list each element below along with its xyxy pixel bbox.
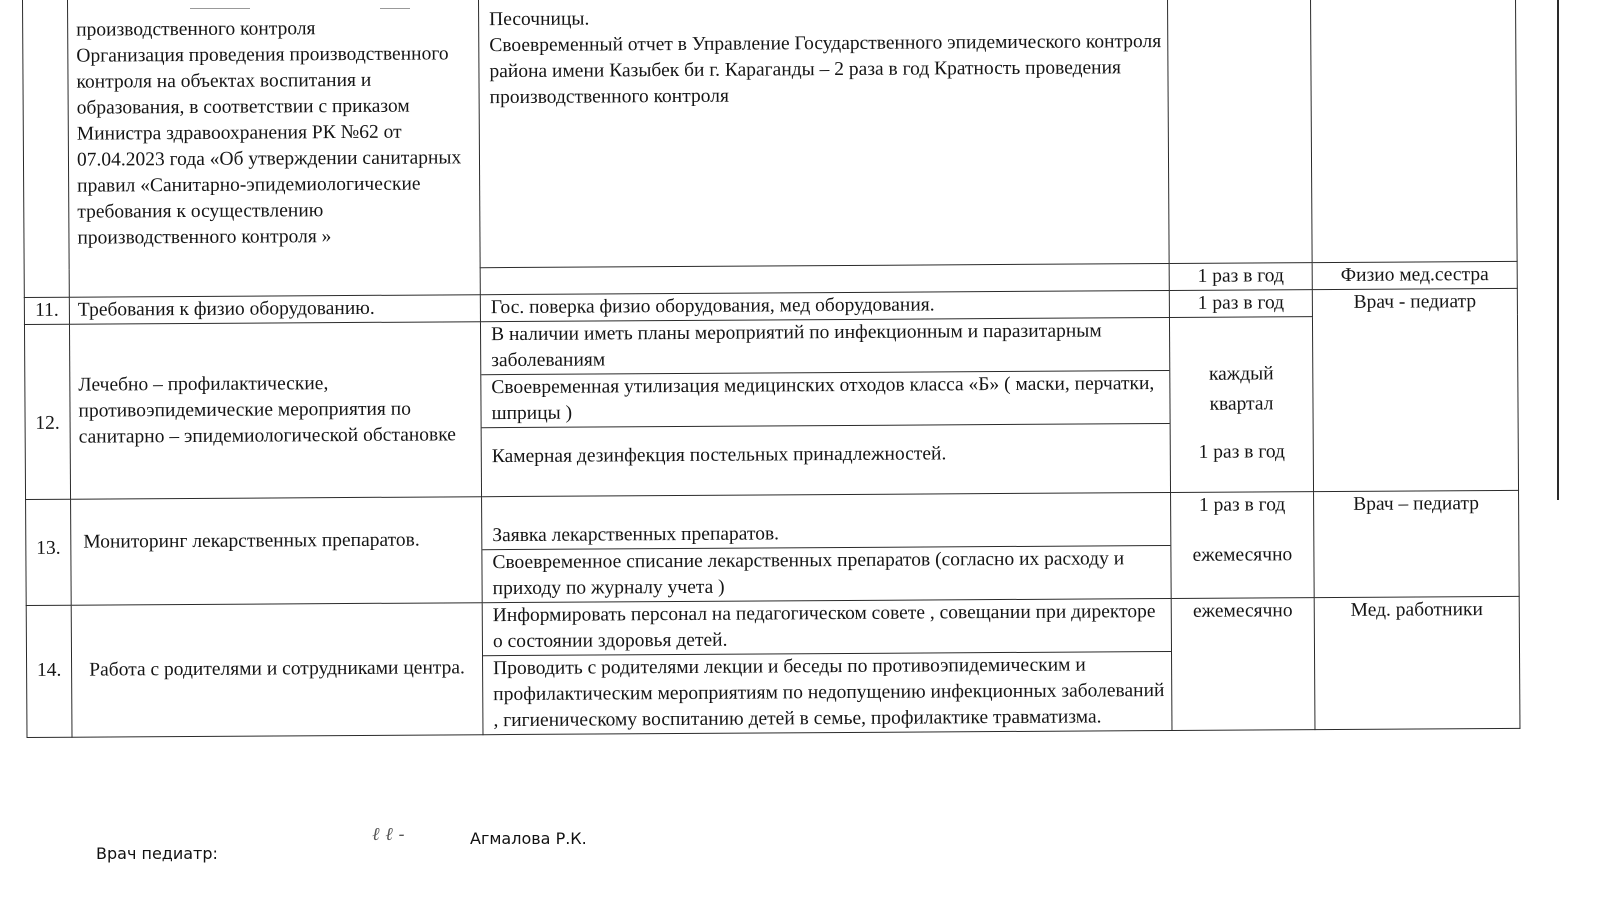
row-activities: Заявка лекарственных препаратов. Своевре… <box>482 492 1172 602</box>
frequency-line: ежемесячно <box>1177 542 1307 569</box>
row-number: 11. <box>24 297 69 324</box>
row-title: Лечебно – профилактические, противоэпиде… <box>69 321 481 499</box>
plan-table: производственного контроля Организация п… <box>22 0 1520 737</box>
activity-item: Информировать персонал на педагогическом… <box>483 598 1171 654</box>
row-number: 14. <box>26 605 72 737</box>
row-title: Работа с родителями и сотрудниками центр… <box>71 602 483 737</box>
activity-item: Своевременная утилизация медицинских отх… <box>481 369 1169 426</box>
frequency-line: каждый <box>1176 359 1306 390</box>
table-row: 13. Мониторинг лекарственных препаратов.… <box>26 490 1520 605</box>
row-number <box>22 0 69 297</box>
row-activities <box>480 263 1169 294</box>
row-frequency: ежемесячно <box>1171 597 1315 730</box>
row-frequency <box>1167 0 1312 263</box>
frequency-line: квартал <box>1176 389 1306 420</box>
row-responsible: Врач - педиатр <box>1312 288 1518 491</box>
row-number: 12. <box>24 324 70 499</box>
row-activities: В наличии иметь планы мероприятий по инф… <box>480 317 1170 496</box>
activity-item: Проводить с родителями лекции и беседы п… <box>483 650 1171 733</box>
row-responsible <box>1310 0 1517 262</box>
signer-name: Агмалова Р.К. <box>470 829 587 848</box>
frequency-line: 1 раз в год <box>1177 492 1307 519</box>
table-row: производственного контроля Организация п… <box>22 0 1517 270</box>
row-activities: Гос. поверка физио оборудования, мед обо… <box>480 290 1169 321</box>
activity-item: В наличии иметь планы мероприятий по инф… <box>481 317 1169 373</box>
frequency-line: 1 раз в год <box>1177 437 1307 468</box>
row-number: 13. <box>26 499 72 605</box>
row-title: производственного контроля Организация п… <box>67 0 480 297</box>
row-activities: Информировать персонал на педагогическом… <box>482 598 1172 734</box>
activity-item: Камерная дезинфекция постельных принадле… <box>482 422 1170 469</box>
row-frequency: каждый квартал 1 раз в год <box>1169 316 1313 492</box>
row-frequency: 1 раз в год ежемесячно <box>1171 491 1315 598</box>
scanned-document-page: производственного контроля Организация п… <box>0 0 1600 900</box>
row-frequency: 1 раз в год <box>1169 262 1312 290</box>
row-responsible: Физио мед.сестра <box>1312 261 1517 289</box>
signer-role: Врач педиатр: <box>96 844 218 863</box>
activity-item: Своевременное списание лекарственных пре… <box>482 544 1170 601</box>
scan-edge-line <box>1557 0 1559 500</box>
row-activities: Песочницы. Своевременный отчет в Управле… <box>478 0 1169 267</box>
row-responsible: Мед. работники <box>1314 596 1520 729</box>
row-title: Требования к физио оборудованию. <box>69 294 480 324</box>
row-frequency: 1 раз в год <box>1169 289 1312 317</box>
handwritten-signature: ℓ ℓ - <box>372 824 405 845</box>
table-row: 12. Лечебно – профилактические, противоэ… <box>24 315 1518 499</box>
table-row: 14. Работа с родителями и сотрудниками ц… <box>26 596 1520 737</box>
row-title: Мониторинг лекарственных препаратов. <box>71 496 483 605</box>
row-responsible: Врач – педиатр <box>1314 490 1520 597</box>
